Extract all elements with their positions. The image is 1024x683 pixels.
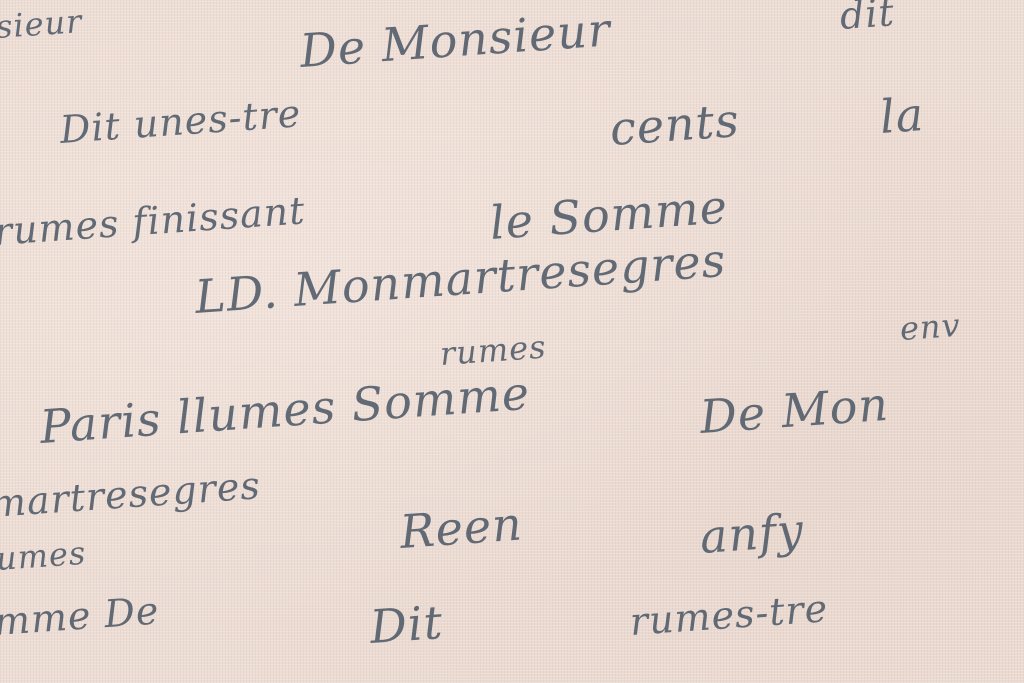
script-word: De Mon [698,377,890,444]
script-word: env [899,306,962,348]
script-word: Paris llumes Somme [38,366,532,454]
script-word: De Monsieur [298,2,612,78]
script-word: rumes-tre [628,586,829,644]
script-word: LD. Monmartresegres [193,233,728,324]
script-word: mme De [0,589,161,644]
script-word: anfy [698,503,806,564]
script-word: dit [838,0,896,38]
script-word: umes [0,534,87,578]
script-word: Reen [398,497,524,559]
script-word: Dit [368,595,445,654]
script-word: martresegres [0,463,262,526]
script-word: la [878,87,926,144]
script-word: sieur [0,2,84,46]
script-word: Dit unes-tre [58,91,302,152]
script-word: rumes [439,328,548,373]
script-word: cents [608,93,741,156]
script-word: rumes finissant [0,188,307,254]
fabric-photo: sieurDe MonsieurditDit unes-trecentslaru… [0,0,1024,683]
